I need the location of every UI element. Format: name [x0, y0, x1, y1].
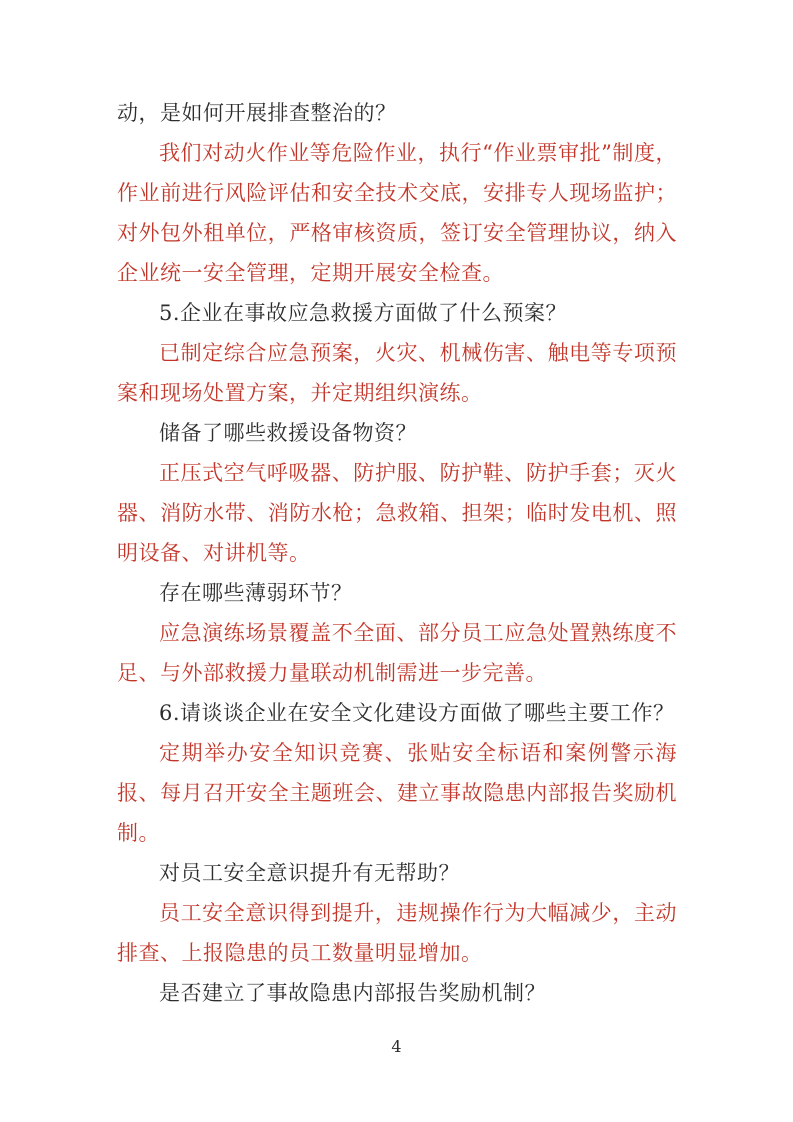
document-body: 动，是如何开展排查整治的？我们对动火作业等危险作业，执行“作业票审批”制度，作业…: [117, 93, 677, 1013]
answer-paragraph: 员工安全意识得到提升，违规操作行为大幅减少，主动排查、上报隐患的员工数量明显增加…: [117, 893, 677, 973]
question-paragraph: 5.企业在事故应急救援方面做了什么预案？: [117, 293, 677, 333]
answer-paragraph: 正压式空气呼吸器、防护服、防护鞋、防护手套；灭火器、消防水带、消防水枪；急救箱、…: [117, 453, 677, 573]
page-number: 4: [0, 1036, 793, 1058]
question-paragraph: 是否建立了事故隐患内部报告奖励机制？: [117, 973, 677, 1013]
question-paragraph: 储备了哪些救援设备物资？: [117, 413, 677, 453]
question-paragraph: 动，是如何开展排查整治的？: [117, 93, 677, 133]
answer-paragraph: 我们对动火作业等危险作业，执行“作业票审批”制度，作业前进行风险评估和安全技术交…: [117, 133, 677, 293]
question-paragraph: 6.请谈谈企业在安全文化建设方面做了哪些主要工作？: [117, 693, 677, 733]
answer-paragraph: 应急演练场景覆盖不全面、部分员工应急处置熟练度不足、与外部救援力量联动机制需进一…: [117, 613, 677, 693]
answer-paragraph: 定期举办安全知识竞赛、张贴安全标语和案例警示海报、每月召开安全主题班会、建立事故…: [117, 733, 677, 853]
question-paragraph: 存在哪些薄弱环节？: [117, 573, 677, 613]
question-paragraph: 对员工安全意识提升有无帮助？: [117, 853, 677, 893]
document-page: 动，是如何开展排查整治的？我们对动火作业等危险作业，执行“作业票审批”制度，作业…: [0, 0, 793, 1122]
answer-paragraph: 已制定综合应急预案，火灾、机械伤害、触电等专项预案和现场处置方案，并定期组织演练…: [117, 333, 677, 413]
